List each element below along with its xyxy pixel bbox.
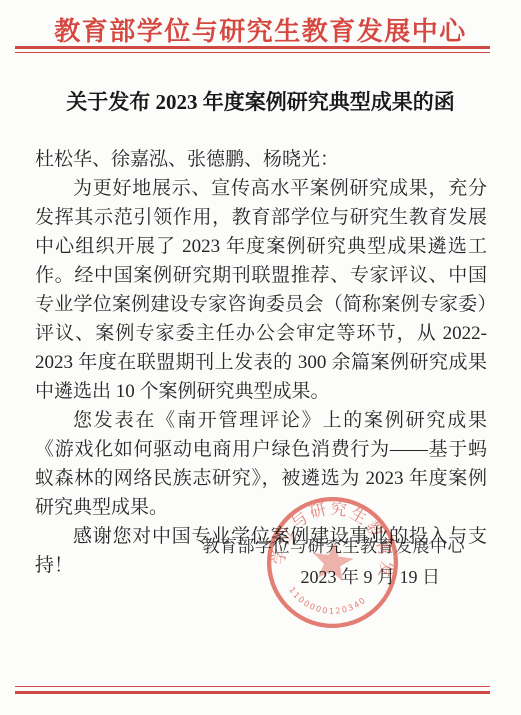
salutation: 杜松华、徐嘉泓、张德鹏、杨晓光： bbox=[35, 145, 487, 174]
body-paragraph: 您发表在《南开管理评论》上的案例研究成果《游戏化如何驱动电商用户绿色消费行为——… bbox=[35, 406, 487, 522]
svg-text:1100000120340: 1100000120340 bbox=[284, 584, 369, 621]
letter-page: 教育部学位与研究生教育发展中心 关于发布 2023 年度案例研究典型成果的函 杜… bbox=[0, 0, 521, 715]
signature-org-name: 教育部学位与研究生教育发展中心 bbox=[203, 532, 466, 557]
signature-date: 2023 年 9 月 19 日 bbox=[301, 563, 441, 589]
letter-title: 关于发布 2023 年度案例研究典型成果的函 bbox=[0, 86, 521, 116]
footer-double-rule bbox=[15, 686, 490, 694]
letterhead-org-name: 教育部学位与研究生教育发展中心 bbox=[0, 11, 521, 48]
letter-body: 杜松华、徐嘉泓、张德鹏、杨晓光： 为更好地展示、宣传高水平案例研究成果，充分发挥… bbox=[35, 145, 487, 580]
body-paragraph: 为更好地展示、宣传高水平案例研究成果，充分发挥其示范引领作用，教育部学位与研究生… bbox=[35, 174, 487, 406]
letterhead-double-rule bbox=[15, 46, 490, 53]
seal-serial-number: 1100000120340 bbox=[284, 584, 369, 621]
